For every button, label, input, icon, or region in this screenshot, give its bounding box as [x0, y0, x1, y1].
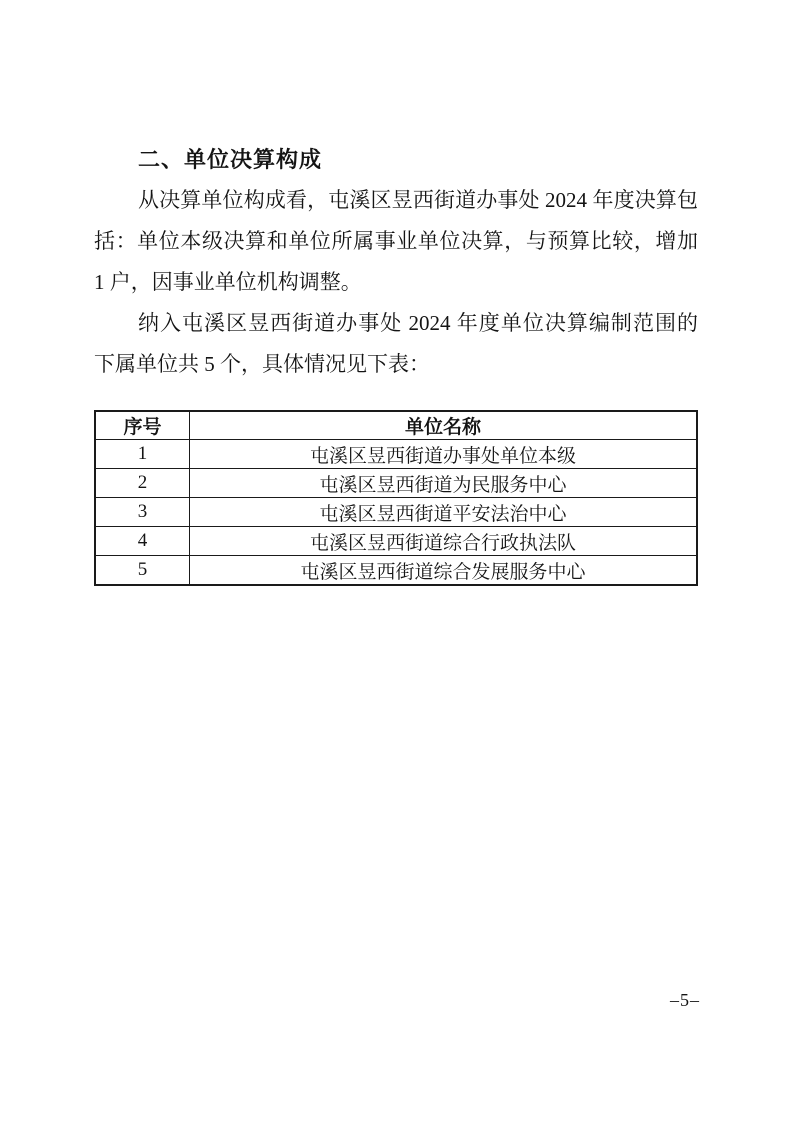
text-block: 二、单位决算构成 从决算单位构成看，屯溪区昱西街道办事处 2024 年度决算包 … [94, 0, 698, 385]
unit-name: 屯溪区昱西街道办事处单位本级 [190, 440, 698, 469]
section-heading: 二、单位决算构成 [94, 139, 698, 180]
row-index: 4 [95, 527, 190, 556]
row-index: 5 [95, 556, 190, 586]
unit-name: 屯溪区昱西街道综合发展服务中心 [190, 556, 698, 586]
paragraph2-line1: 纳入屯溪区昱西街道办事处 2024 年度单位决算编制范围的 [94, 303, 698, 344]
table-row: 3 屯溪区昱西街道平安法治中心 [95, 498, 697, 527]
row-index: 3 [95, 498, 190, 527]
table-header-index: 序号 [95, 411, 190, 440]
page-content: 二、单位决算构成 从决算单位构成看，屯溪区昱西街道办事处 2024 年度决算包 … [94, 0, 698, 586]
table-header-unit-name: 单位名称 [190, 411, 698, 440]
page-number: –5– [670, 990, 700, 1011]
unit-name: 屯溪区昱西街道为民服务中心 [190, 469, 698, 498]
table-row: 4 屯溪区昱西街道综合行政执法队 [95, 527, 697, 556]
paragraph1-line3: 1 户，因事业单位机构调整。 [94, 262, 698, 303]
paragraph1-line2: 括：单位本级决算和单位所属事业单位决算，与预算比较，增加 [94, 221, 698, 262]
table-row: 2 屯溪区昱西街道为民服务中心 [95, 469, 697, 498]
table-row: 1 屯溪区昱西街道办事处单位本级 [95, 440, 697, 469]
unit-name: 屯溪区昱西街道综合行政执法队 [190, 527, 698, 556]
paragraph2-line2: 下属单位共 5 个，具体情况见下表： [94, 344, 698, 385]
row-index: 2 [95, 469, 190, 498]
table-row: 5 屯溪区昱西街道综合发展服务中心 [95, 556, 697, 586]
table-header-row: 序号 单位名称 [95, 411, 697, 440]
unit-name: 屯溪区昱西街道平安法治中心 [190, 498, 698, 527]
unit-list-table: 序号 单位名称 1 屯溪区昱西街道办事处单位本级 2 屯溪区昱西街道为民服务中心… [94, 410, 698, 586]
paragraph1-line1: 从决算单位构成看，屯溪区昱西街道办事处 2024 年度决算包 [94, 180, 698, 221]
row-index: 1 [95, 440, 190, 469]
document-page: { "document": { "heading": "二、单位决算构成", "… [0, 0, 793, 1122]
